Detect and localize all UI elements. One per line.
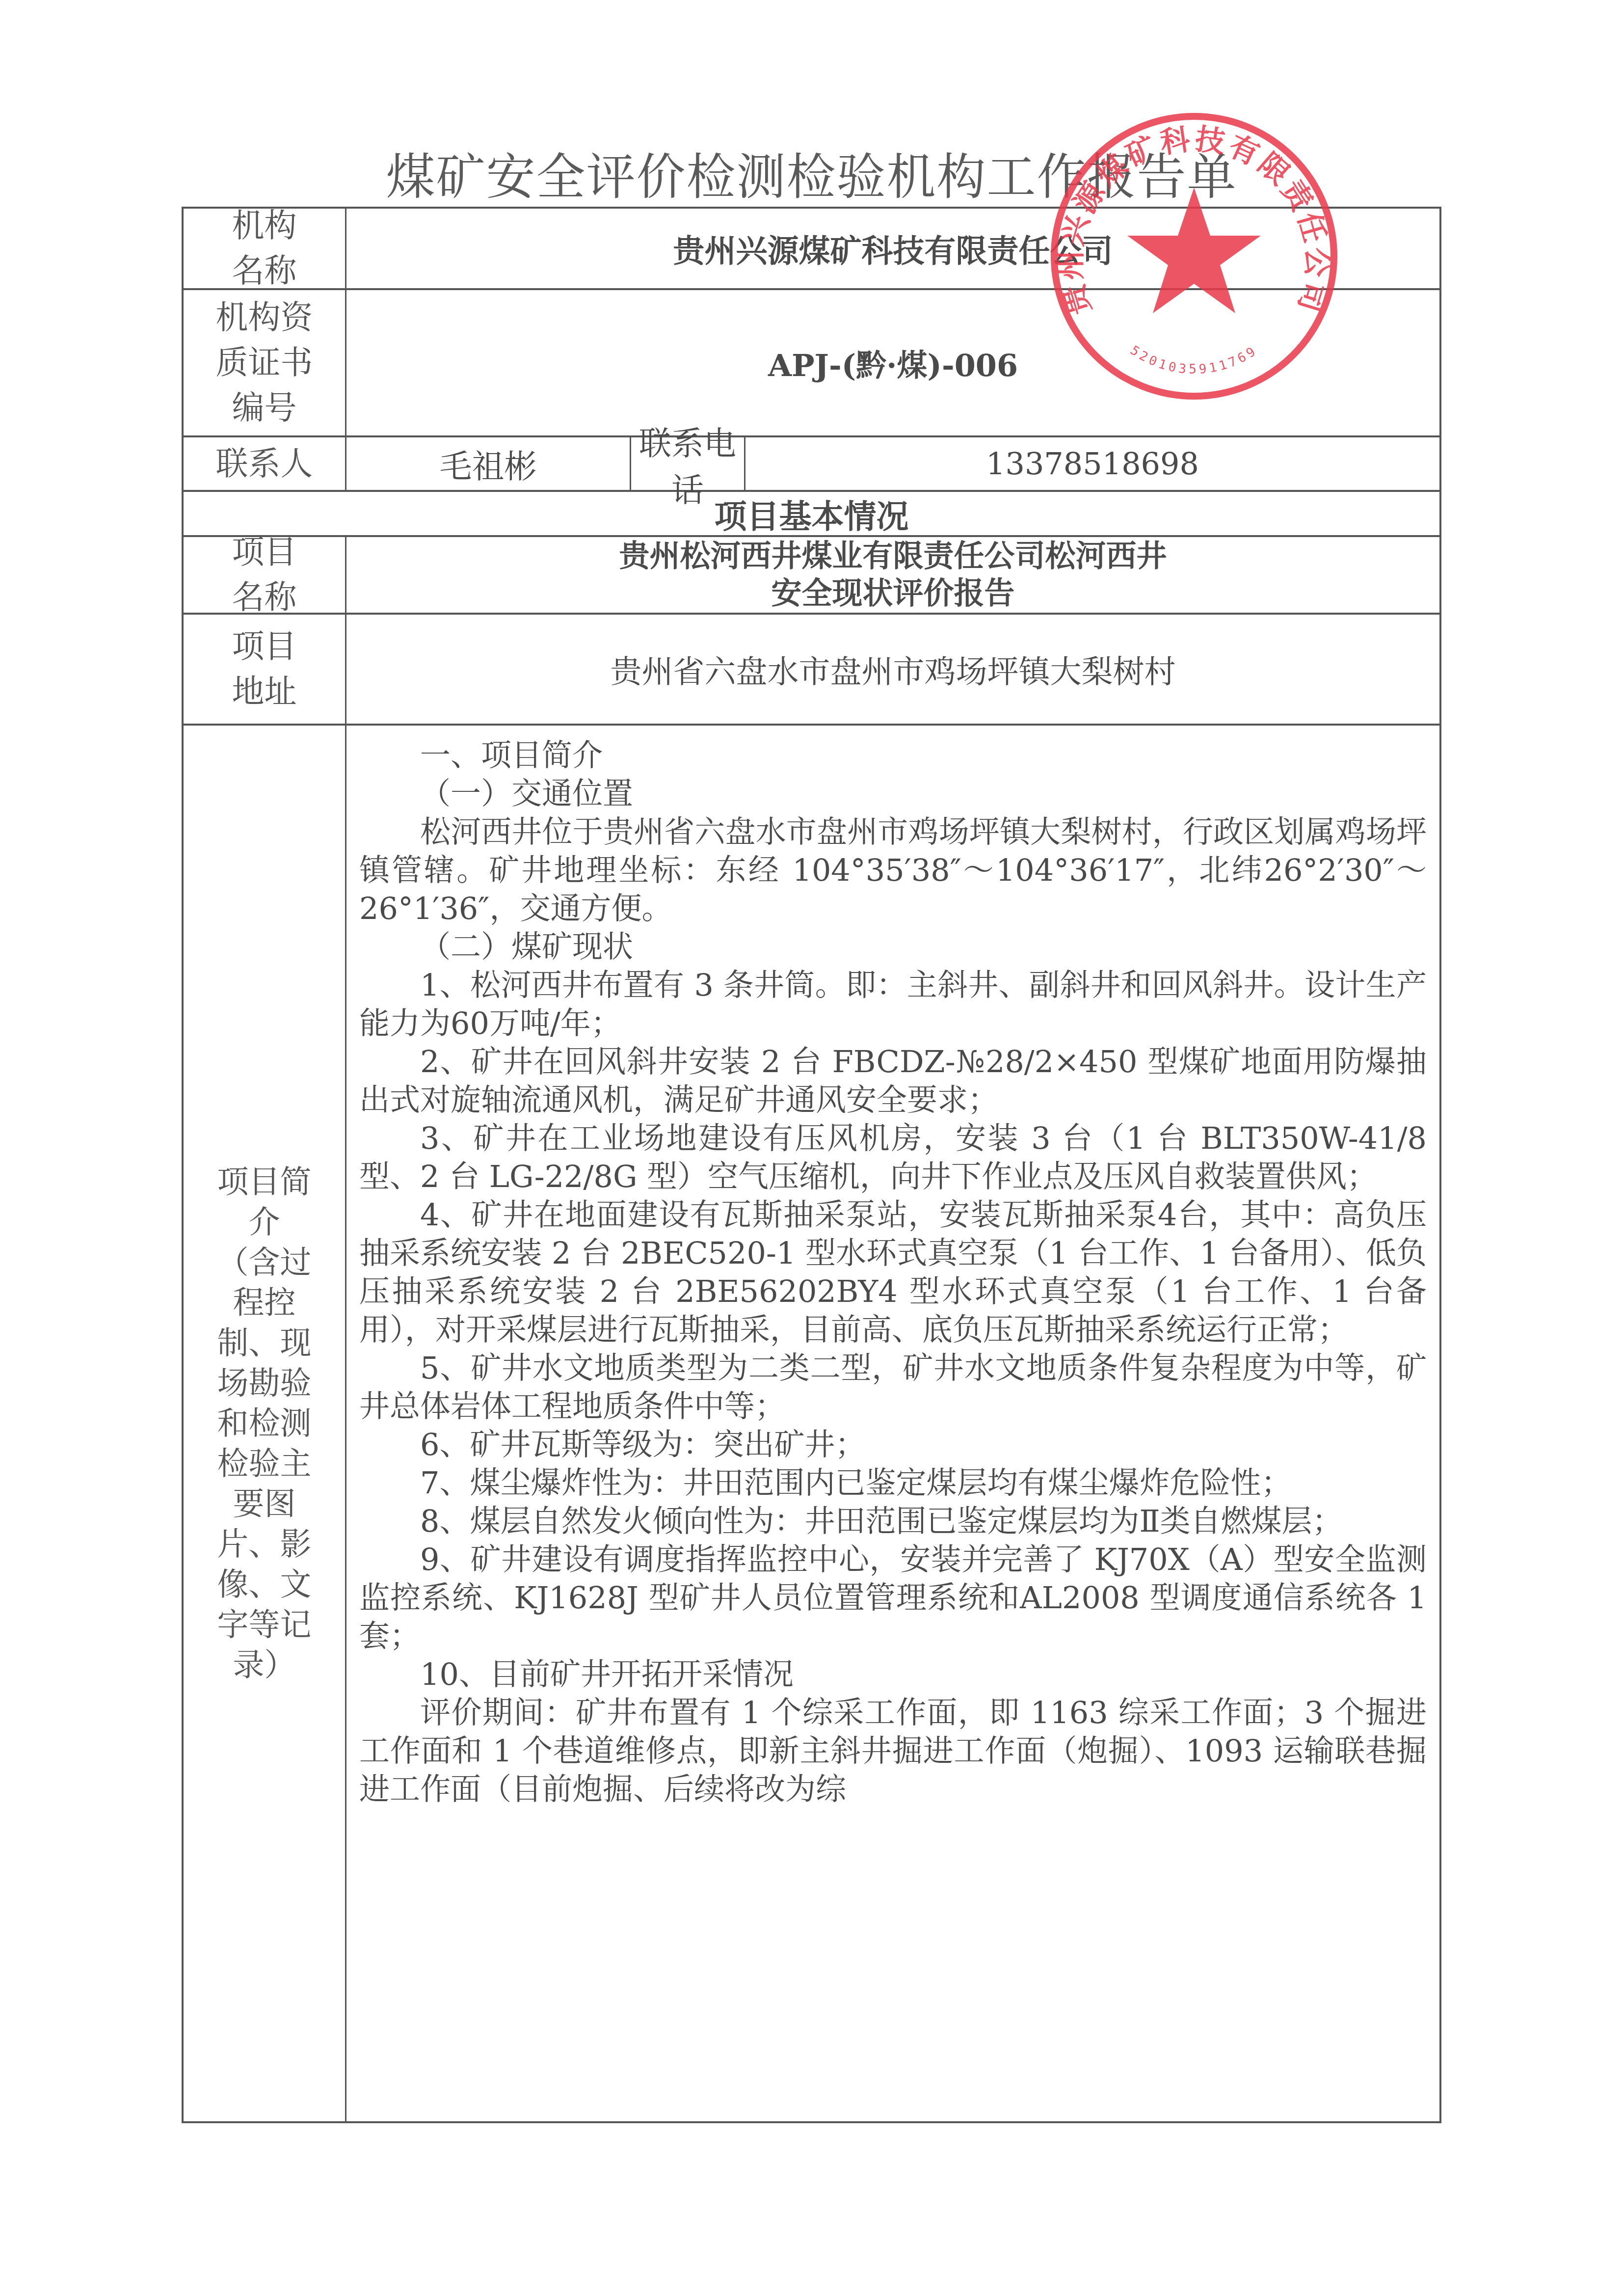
paragraph-item-4: 4、矿井在地面建设有瓦斯抽采泵站，安装瓦斯抽采泵4台，其中：高负压抽采系统安装 …: [359, 1196, 1427, 1349]
org-name-value: 贵州兴源煤矿科技有限责任公司: [346, 209, 1439, 288]
paragraph-item-8: 8、煤层自然发火倾向性为：井田范围已鉴定煤层均为Ⅱ类自燃煤层；: [359, 1502, 1427, 1540]
project-address-value: 贵州省六盘水市盘州市鸡场坪镇大梨树村: [346, 615, 1439, 724]
project-address-label: 项目地址: [184, 615, 346, 724]
org-name-label: 机构名称: [184, 209, 346, 288]
paragraph-item-10: 10、目前矿井开拓开采情况: [359, 1655, 1427, 1694]
contact-value: 毛祖彬: [346, 437, 631, 490]
row-project-summary: 项目简 介 （含过 程控 制、现 场勘验 和检测 检验主 要图 片、影 像、文 …: [184, 726, 1439, 2121]
row-cert-no: 机构资质证书编号 APJ-(黔·煤)-006: [184, 290, 1439, 437]
paragraph-item-6: 6、矿井瓦斯等级为：突出矿井；: [359, 1426, 1427, 1464]
project-summary-label: 项目简 介 （含过 程控 制、现 场勘验 和检测 检验主 要图 片、影 像、文 …: [184, 726, 346, 2121]
phone-label: 联系电话: [631, 437, 745, 490]
document-title: 煤矿安全评价检测检验机构工作报告单: [0, 137, 1623, 208]
section-header: 项目基本情况: [184, 492, 1439, 535]
paragraph-item-7: 7、煤尘爆炸性为：井田范围内已鉴定煤层均有煤尘爆炸危险性；: [359, 1464, 1427, 1502]
row-section-header: 项目基本情况: [184, 492, 1439, 537]
project-name-value: 贵州松河西井煤业有限责任公司松河西井安全现状评价报告: [346, 537, 1439, 613]
paragraph-evaluation-period: 评价期间：矿井布置有 1 个综采工作面，即 1163 综采工作面；3 个掘进工作…: [359, 1694, 1427, 1809]
paragraph-item-1: 1、松河西井布置有 3 条井筒。即：主斜井、副斜井和回风斜井。设计生产能力为60…: [359, 966, 1427, 1043]
cert-no-value: APJ-(黔·煤)-006: [346, 290, 1439, 435]
paragraph-item-9: 9、矿井建设有调度指挥监控中心，安装并完善了 KJ70X（A）型安全监测监控系统…: [359, 1540, 1427, 1655]
row-project-name: 项目名称 贵州松河西井煤业有限责任公司松河西井安全现状评价报告: [184, 537, 1439, 615]
paragraph-item-2: 2、矿井在回风斜井安装 2 台 FBCDZ-№28/2×450 型煤矿地面用防爆…: [359, 1043, 1427, 1119]
subheading-status: （二）煤矿现状: [359, 928, 1427, 966]
paragraph-item-3: 3、矿井在工业场地建设有压风机房，安装 3 台（1 台 BLT350W-41/8…: [359, 1119, 1427, 1196]
subheading-location: （一）交通位置: [359, 775, 1427, 813]
row-contact: 联系人 毛祖彬 联系电话 13378518698: [184, 437, 1439, 492]
paragraph-location: 松河西井位于贵州省六盘水市盘州市鸡场坪镇大梨树村，行政区划属鸡场坪镇管辖。矿井地…: [359, 813, 1427, 928]
row-project-address: 项目地址 贵州省六盘水市盘州市鸡场坪镇大梨树村: [184, 615, 1439, 726]
contact-label: 联系人: [184, 437, 346, 490]
report-table: 机构名称 贵州兴源煤矿科技有限责任公司 机构资质证书编号 APJ-(黔·煤)-0…: [182, 207, 1441, 2123]
project-name-label: 项目名称: [184, 537, 346, 613]
phone-value: 13378518698: [745, 437, 1439, 490]
cert-no-label: 机构资质证书编号: [184, 290, 346, 435]
row-org-name: 机构名称 贵州兴源煤矿科技有限责任公司: [184, 209, 1439, 290]
heading-project-intro: 一、项目简介: [359, 736, 1427, 775]
paragraph-item-5: 5、矿井水文地质类型为二类二型，矿井水文地质条件复杂程度为中等，矿井总体岩体工程…: [359, 1349, 1427, 1426]
project-summary-text: 一、项目简介 （一）交通位置 松河西井位于贵州省六盘水市盘州市鸡场坪镇大梨树村，…: [346, 726, 1439, 2121]
